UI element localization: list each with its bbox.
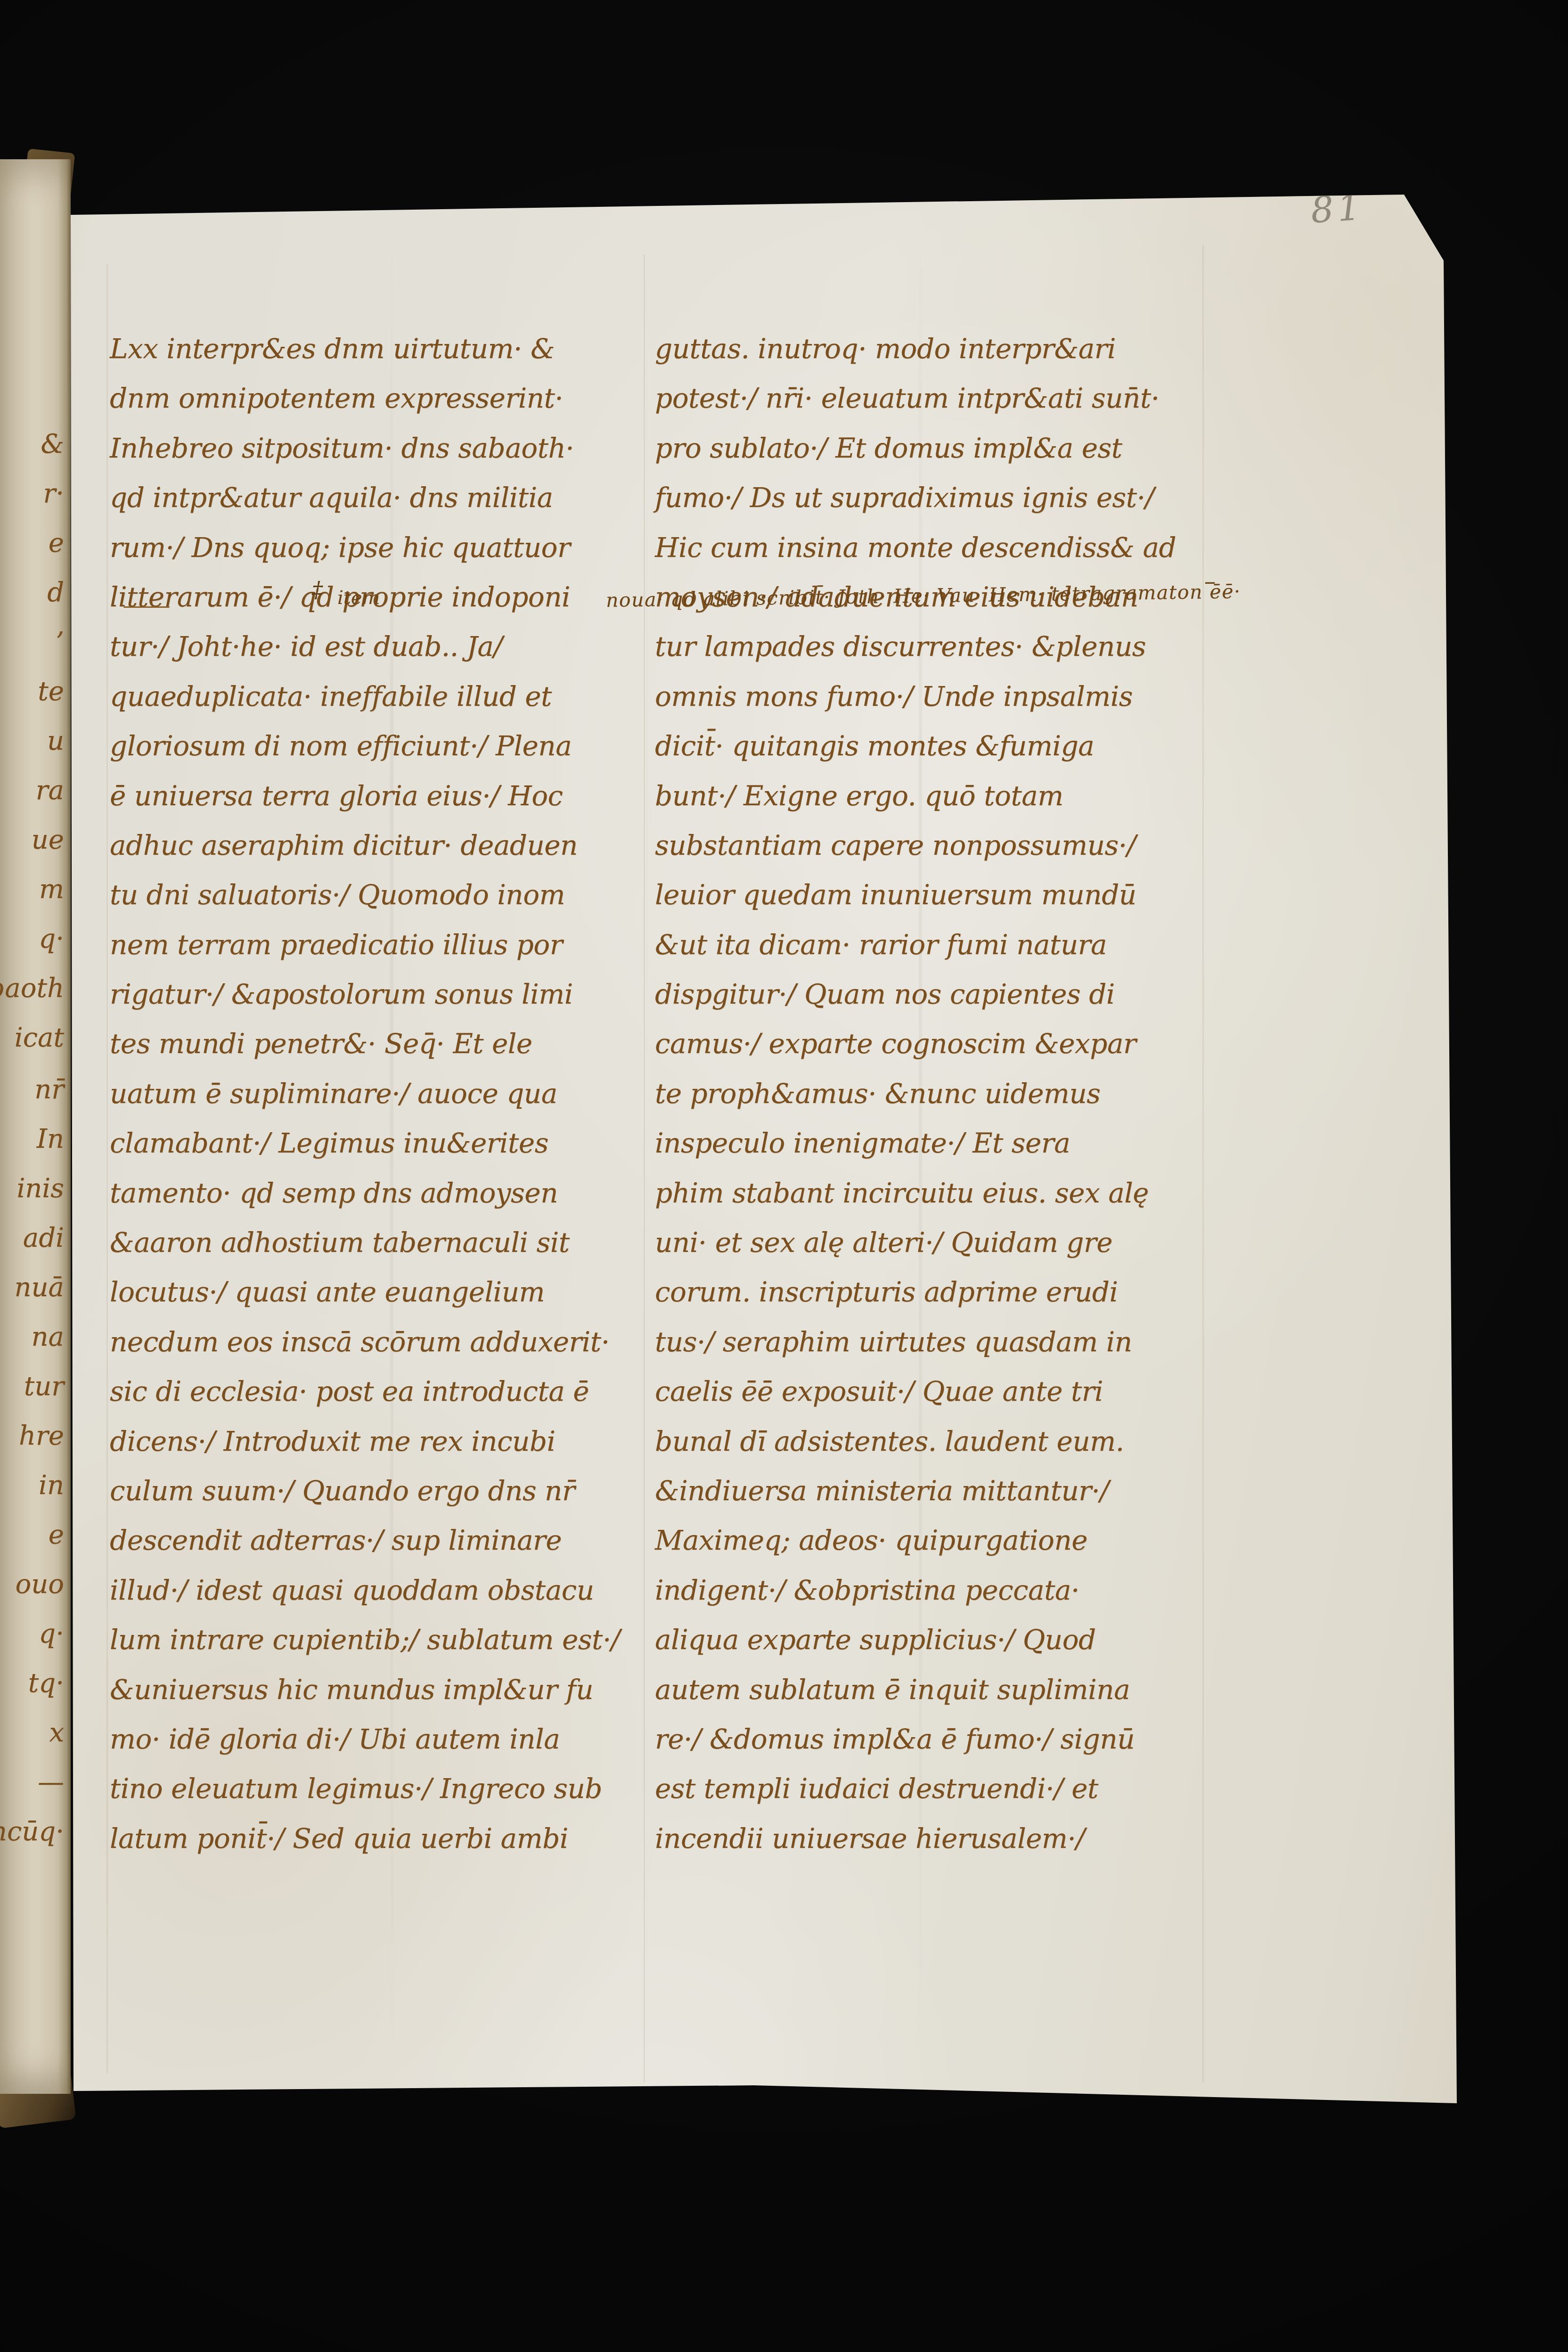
text-line: descendit adterras·/ sup liminare (110, 1516, 641, 1565)
text-line: illud·/ idest quasi quoddam obstacu (110, 1566, 641, 1615)
text-line: quaeduplicata· ineffabile illud et (110, 672, 641, 721)
text-line: lum intrare cupientib;/ sublatum est·/ (110, 1615, 641, 1665)
text-line: indigent·/ &obpristina peccata· (655, 1566, 1204, 1615)
gutter-text-fragment: ncūq· (0, 1819, 64, 1845)
text-line: dicens·/ Introduxit me rex incubi (110, 1417, 641, 1466)
text-line: tur lampades discurrentes· &plenus (655, 622, 1204, 671)
previous-page-edge: &r·ed’teurauemq·baothicatnr̄Ininisadinuā… (0, 159, 71, 2094)
gutter-text-fragment: adi (23, 1225, 64, 1251)
text-line: corum. inscripturis adprime erudi (655, 1267, 1204, 1317)
gutter-text-fragment: hre (19, 1423, 64, 1449)
text-line: Lxx interpr&es dnm uirtutum· & (110, 324, 641, 374)
text-line: Maximeq; adeos· quipurgatione (655, 1516, 1204, 1565)
gutter-text-fragment: na (32, 1324, 64, 1350)
text-line: aliqua exparte supplicius·/ Quod (655, 1615, 1204, 1665)
text-line: fumo·/ Ds ut supradiximus ignis est·/ (655, 473, 1204, 523)
gutter-text-fragment: m (39, 876, 64, 903)
folio-number: 81 (1309, 186, 1365, 231)
text-line: leuior quedam inuniuersum mundū (655, 870, 1204, 920)
text-line: latum ponit̄·/ Sed quia uerbi ambi (110, 1814, 641, 1863)
text-line: autem sublatum ē inquit suplimina (655, 1665, 1204, 1715)
text-line: sic di ecclesia· post ea introducta ē (110, 1367, 641, 1416)
text-column-left: Lxx interpr&es dnm uirtutum· &dnm omnipo… (110, 324, 641, 1863)
manuscript-page: 81 Lxx interpr&es dnm uirtutum· &dnm omn… (0, 0, 1568, 2352)
text-line: dnm omnipotentem expresserint· (110, 374, 641, 423)
text-line: tur·/ Joht·he· id est duab.. Ja/ (110, 622, 641, 671)
gutter-text-fragment: x (49, 1720, 64, 1746)
photo-backdrop: &r·ed’teurauemq·baothicatnr̄Ininisadinuā… (0, 0, 1568, 2352)
gutter-text-fragment: icat (15, 1025, 64, 1051)
text-line: &ut ita dicam· rarior fumi natura (655, 920, 1204, 970)
text-line: locutus·/ quasi ante euangelium (110, 1267, 641, 1317)
text-line: incendii uniuersae hierusalem·/ (655, 1814, 1204, 1863)
text-line: substantiam capere nonpossumus·/ (655, 821, 1204, 870)
text-line: clamabant·/ Legimus inu&erites (110, 1119, 641, 1168)
gutter-text-fragment: e (49, 1522, 64, 1548)
text-line: dispgitur·/ Quam nos capientes di (655, 970, 1204, 1019)
gutter-text-fragment: — (38, 1769, 64, 1796)
text-line: adhuc aseraphim dicitur· deaduen (110, 821, 641, 870)
text-line: te proph&amus· &nunc uidemus (655, 1069, 1204, 1119)
insertion-dash-mark: — (122, 593, 171, 618)
text-line: tino eleuatum legimus·/ Ingreco sub (110, 1764, 641, 1813)
text-line: caelis ēē exposuit·/ Quae ante tri (655, 1367, 1204, 1416)
text-line: est templi iudaici destruendi·/ et (655, 1764, 1204, 1813)
interlinear-note-left: item (337, 587, 380, 609)
text-line: dicit̄· quitangis montes &fumiga (655, 721, 1204, 771)
text-line: &aaron adhostium tabernaculi sit (110, 1218, 641, 1267)
text-line: tu dni saluatoris·/ Quomodo inom (110, 870, 641, 920)
gutter-text-fragment: ra (36, 777, 64, 804)
text-line: bunt·/ Exigne ergo. quō totam (655, 771, 1204, 821)
gutter-text-fragment: & (41, 431, 64, 457)
text-line: necdum eos inscā scōrum adduxerit· (110, 1317, 641, 1367)
text-line: uatum ē supliminare·/ auoce qua (110, 1069, 641, 1119)
text-line: pro sublato·/ Et domus impl&a est (655, 424, 1204, 473)
text-line: &uniuersus hic mundus impl&ur fu (110, 1665, 641, 1715)
text-line: bunal dī adsistentes. laudent eum. (655, 1417, 1204, 1466)
text-line: camus·/ exparte cognoscim &expar (655, 1019, 1204, 1069)
gutter-text-fragment: nuā (14, 1274, 64, 1301)
text-line: Inhebreo sitpositum· dns sabaoth· (110, 424, 641, 473)
text-line: mo· idē gloria di·/ Ubi autem inla (110, 1715, 641, 1764)
text-line: inspeculo inenigmate·/ Et sera (655, 1119, 1204, 1168)
text-line: tamento· qd semp dns admoysen (110, 1168, 641, 1218)
text-line: uni· et sex alę alteri·/ Quidam gre (655, 1218, 1204, 1267)
gutter-text-fragment: tur (24, 1373, 64, 1400)
gutter-text-fragment: u (47, 728, 64, 754)
text-line: Hic cum insina monte descendiss& ad (655, 523, 1204, 572)
gutter-text-fragment: e (49, 530, 64, 556)
gutter-text-fragment: tq· (28, 1670, 64, 1697)
gutter-text-fragment: ’ (56, 629, 64, 655)
text-line: tus·/ seraphim uirtutes quasdam in (655, 1317, 1204, 1367)
text-line: culum suum·/ Quando ergo dns nr̄ (110, 1466, 641, 1516)
text-line: guttas. inutroq· modo interpr&ari (655, 324, 1204, 374)
text-line: &indiuersa ministeria mittantur·/ (655, 1466, 1204, 1516)
text-line: phim stabant incircuitu eius. sex alę (655, 1168, 1204, 1218)
gutter-text-fragment: nr̄ (34, 1077, 64, 1103)
insertion-caret-mark: ‡ (312, 577, 323, 602)
gutter-text-fragment: d (47, 580, 64, 606)
text-line: re·/ &domus impl&a ē fumo·/ signū (655, 1715, 1204, 1764)
text-line: tes mundi penetr&· Seq̄· Et ele (110, 1019, 641, 1069)
ruling-line (106, 264, 108, 2073)
gutter-text-fragment: in (39, 1472, 64, 1499)
gutter-text-fragment: r· (43, 481, 64, 507)
gutter-text-fragment: In (37, 1126, 64, 1152)
gutter-text-fragment: te (38, 678, 64, 705)
gutter-text-fragment: baoth (0, 975, 64, 1002)
text-line: ē uniuersa terra gloria eius·/ Hoc (110, 771, 641, 821)
gutter-text-fragment: inis (16, 1176, 64, 1202)
text-column-right: guttas. inutroq· modo interpr&aripotest·… (655, 324, 1204, 1863)
ruling-line (644, 254, 645, 2082)
gutter-text-fragment: q· (39, 926, 64, 952)
text-line: qd intpr&atur aquila· dns militia (110, 473, 641, 523)
gutter-text-fragment: ue (32, 827, 64, 853)
text-line: rum·/ Dns quoq; ipse hic quattuor (110, 523, 641, 572)
text-line: potest·/ nr̄i· eleuatum intpr&ati sun̄t· (655, 374, 1204, 423)
gutter-text-fragment: q· (39, 1621, 64, 1647)
text-line: omnis mons fumo·/ Unde inpsalmis (655, 672, 1204, 721)
gutter-text-fragment: ouo (16, 1571, 65, 1598)
text-line: gloriosum di nom efficiunt·/ Plena (110, 721, 641, 771)
text-line: nem terram praedicatio illius por (110, 920, 641, 970)
text-line: rigatur·/ &apostolorum sonus limi (110, 970, 641, 1019)
line-end-dash: – (1204, 568, 1216, 595)
